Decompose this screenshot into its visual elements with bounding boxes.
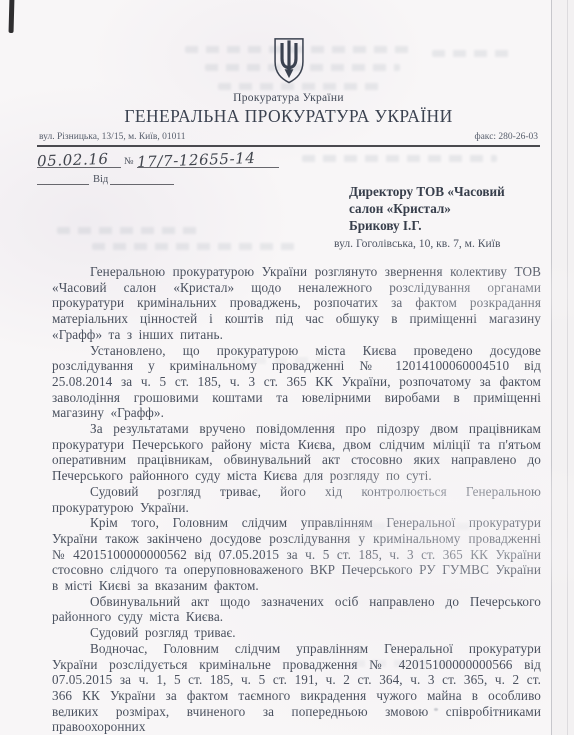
org-address: вул. Різницька, 13/15, м. Київ, 01011 xyxy=(39,132,186,142)
scanned-letter-page: Прокуратура України ГЕНЕРАЛЬНА ПРОКУРАТУ… xyxy=(0,0,574,735)
bleed-through-mark xyxy=(57,227,202,234)
paper-right-edge xyxy=(551,0,574,735)
scan-artifact-mark xyxy=(9,0,15,33)
handwritten-number: 17/7-12655-14 xyxy=(136,149,255,171)
trident-emblem-icon xyxy=(37,33,540,89)
blank-line xyxy=(110,171,174,185)
bleed-through-mark xyxy=(92,243,302,250)
letter-body: Генеральною прокуратурою України розглян… xyxy=(52,264,541,735)
date-blank-line: 05.02.16 xyxy=(37,149,121,168)
body-paragraph: Судовий розгляд триває, його хід контрол… xyxy=(52,484,541,515)
addressee-name: Брикову І.Г. xyxy=(334,217,534,234)
body-paragraph: За результатами вручено повідомлення про… xyxy=(52,421,541,484)
blank-line xyxy=(37,171,89,185)
from-label: Від xyxy=(89,174,110,185)
org-title: ГЕНЕРАЛЬНА ПРОКУРАТУРА УКРАЇНИ xyxy=(37,106,540,127)
addressee-line: Директору ТОВ «Часовий xyxy=(334,183,534,200)
addressee-address: вул. Гоголівська, 10, кв. 7, м. Київ xyxy=(334,235,534,252)
body-paragraph: Генеральною прокуратурою України розглян… xyxy=(52,264,541,343)
body-paragraph: Установлено, що прокуратурою міста Києва… xyxy=(52,343,541,422)
org-fax: факс: 280-26-03 xyxy=(474,132,538,142)
letterhead-rule xyxy=(37,145,540,147)
number-sign: № xyxy=(121,156,137,168)
body-paragraph: Водночас, Головним слідчим управлінням Г… xyxy=(52,641,541,735)
bleed-through-mark xyxy=(302,155,497,162)
number-blank-line: 17/7-12655-14 xyxy=(137,149,279,168)
body-paragraph: Судовий розгляд триває. xyxy=(52,625,541,641)
addressee-block: Директору ТОВ «Часовий салон «Кристал» Б… xyxy=(334,183,534,252)
body-paragraph: Крім того, Головним слідчим управлінням … xyxy=(52,515,541,594)
handwritten-date: 05.02.16 xyxy=(37,150,109,170)
letterhead: Прокуратура України ГЕНЕРАЛЬНА ПРОКУРАТУ… xyxy=(37,33,540,147)
reference-block: 05.02.16 № 17/7-12655-14 Від xyxy=(37,149,279,185)
addressee-line: салон «Кристал» xyxy=(334,200,534,217)
org-name-small: Прокуратура України xyxy=(37,92,540,104)
body-paragraph: Обвинувальний акт щодо зазначених осіб н… xyxy=(52,594,541,625)
paper-right-edge-line xyxy=(567,0,568,735)
